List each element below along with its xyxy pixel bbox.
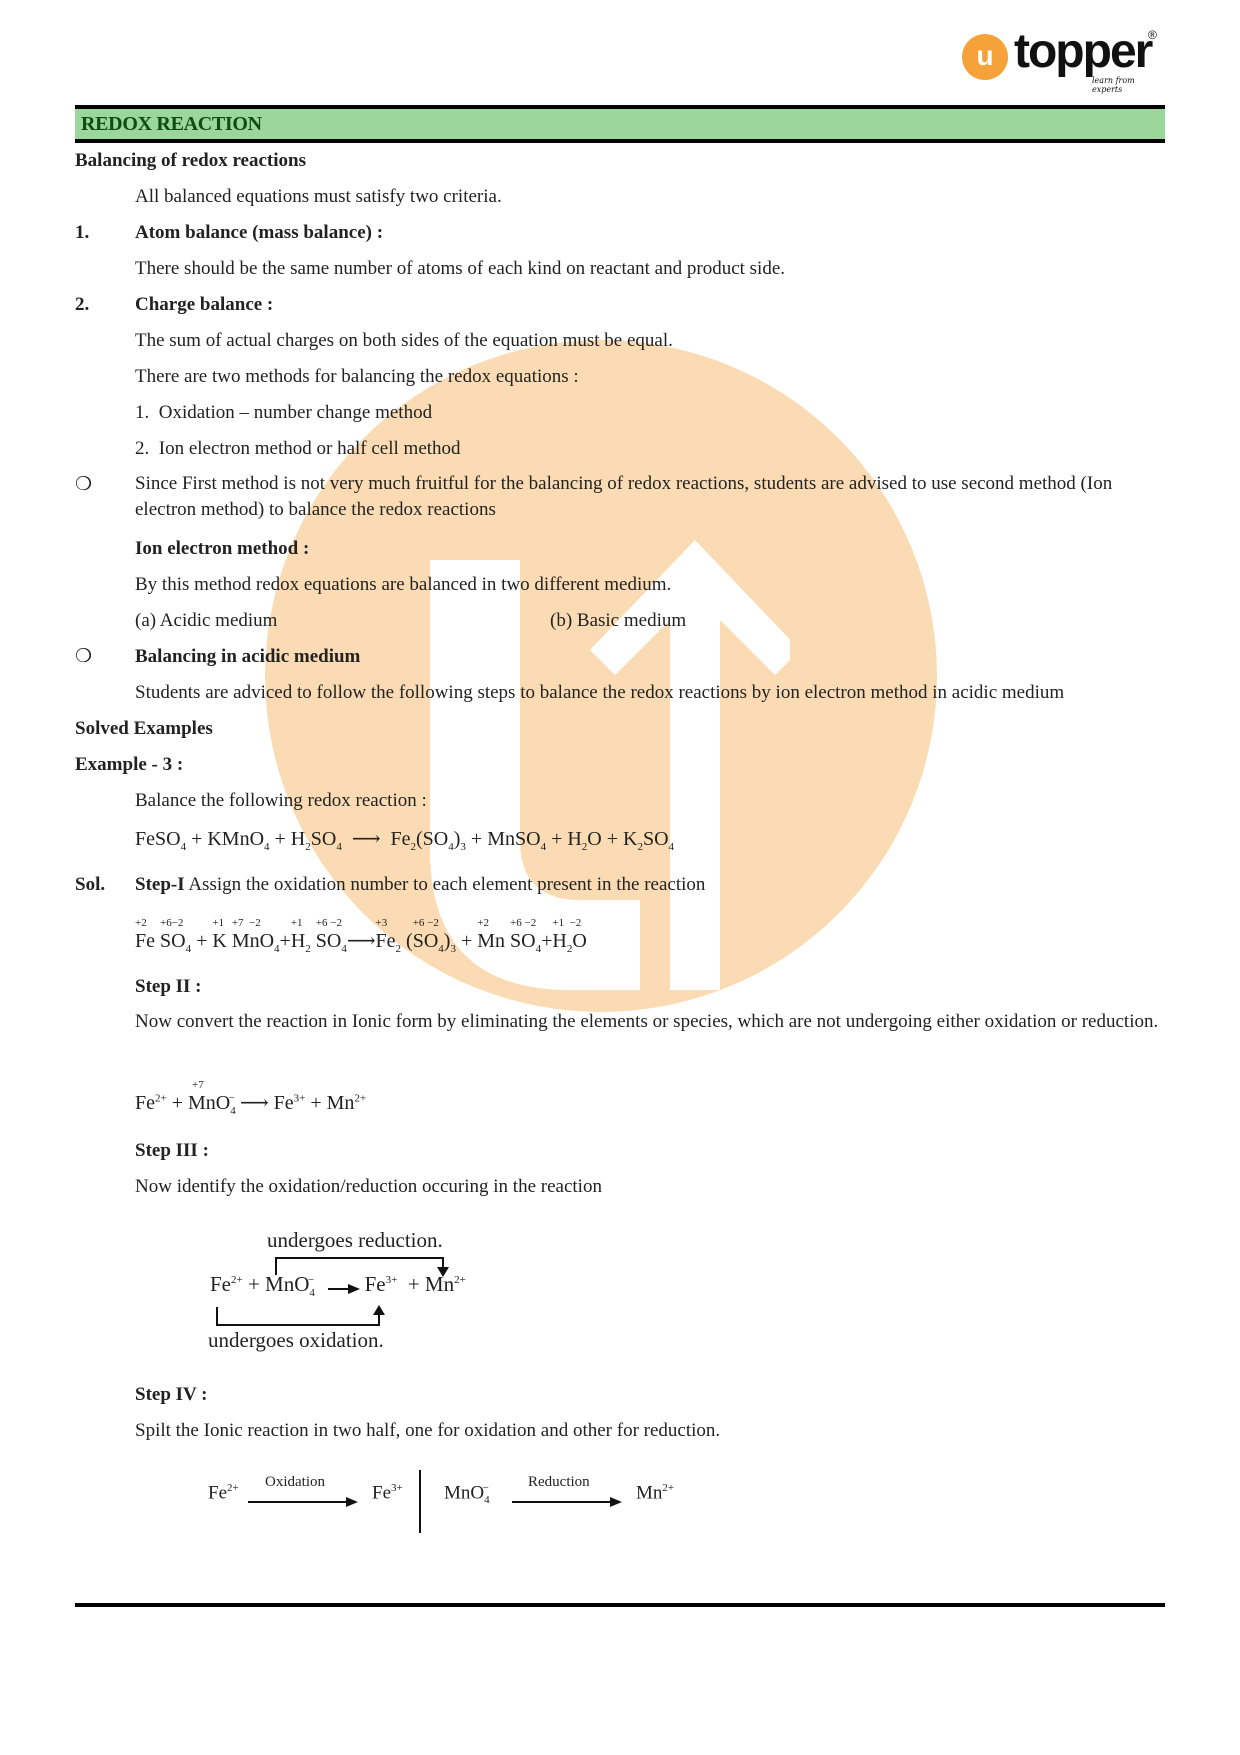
bullet-circle-icon: ❍ (75, 646, 92, 668)
footer-divider (75, 1603, 1165, 1607)
logo-brand: topper (1014, 24, 1151, 79)
topper-logo: u topper ® learn from experts (962, 30, 1162, 92)
reduction-arrow-icon (512, 1496, 624, 1508)
ion-method-title: Ion electron method : (135, 538, 309, 560)
step-2-label: Step II : (135, 976, 202, 998)
criterion-1-num: 1. (75, 222, 89, 244)
medium-a: (a) Acidic medium (135, 610, 277, 632)
half-divider (419, 1470, 421, 1533)
step-2-text: Now convert the reaction in Ionic form b… (135, 1009, 1165, 1035)
step-4-text: Spilt the Ionic reaction in two half, on… (135, 1420, 720, 1442)
diagram-equation: Fe2+ + MnO4− Fe3+ + Mn2+ (210, 1272, 466, 1299)
reduction-label: undergoes reduction. (267, 1228, 443, 1253)
medium-b: (b) Basic medium (550, 610, 686, 632)
solved-examples-heading: Solved Examples (75, 718, 213, 740)
criterion-2-num: 2. (75, 294, 89, 316)
section-title-bar: REDOX REACTION (75, 105, 1165, 143)
method-2: 2. Ion electron method or half cell meth… (135, 438, 461, 460)
oxidation-arrow-icon (248, 1496, 360, 1508)
equation-ionic: Fe2+ + +7MnO4− ⟶ Fe3+ + Mn2+ (135, 1090, 366, 1117)
equation-molecular: FeSO4 + KMnO4 + H2SO4 ⟶ Fe2(SO4)3 + MnSO… (135, 826, 674, 853)
registered-mark: ® (1148, 28, 1157, 42)
methods-intro: There are two methods for balancing the … (135, 366, 579, 388)
step-3-text: Now identify the oxidation/reduction occ… (135, 1176, 602, 1198)
logo-mark: u (962, 34, 1008, 80)
step-3-label: Step III : (135, 1140, 209, 1162)
example-text: Balance the following redox reaction : (135, 790, 427, 812)
bullet-2-title: Balancing in acidic medium (135, 646, 360, 668)
section-title: REDOX REACTION (81, 113, 262, 136)
oxidation-product: Fe3+ (372, 1482, 403, 1504)
bullet-circle-icon: ❍ (75, 474, 92, 496)
oxidation-arrow-label: Oxidation (265, 1474, 325, 1491)
oxidation-reactant: Fe2+ (208, 1482, 239, 1504)
logo-tagline: learn from experts (1092, 76, 1162, 94)
criterion-2-title: Charge balance : (135, 294, 273, 316)
step-1-label: Step-I (135, 874, 185, 895)
method-1: 1. Oxidation – number change method (135, 402, 432, 424)
heading: Balancing of redox reactions (75, 150, 306, 172)
oxidation-label: undergoes oxidation. (208, 1328, 384, 1353)
reduction-arrow-label: Reduction (528, 1474, 590, 1491)
reduction-product: Mn2+ (636, 1482, 674, 1504)
reduction-reactant: MnO4− (444, 1482, 489, 1506)
example-title: Example - 3 : (75, 754, 183, 776)
step-4-label: Step IV : (135, 1384, 208, 1406)
criterion-1-text: There should be the same number of atoms… (135, 258, 785, 280)
criterion-2-text: The sum of actual charges on both sides … (135, 330, 673, 352)
bullet-2-text: Students are adviced to follow the follo… (135, 682, 1064, 704)
criterion-1-title: Atom balance (mass balance) : (135, 222, 383, 244)
sol-label: Sol. (75, 874, 105, 896)
intro-text: All balanced equations must satisfy two … (135, 186, 502, 208)
equation-oxidation-numbers: +2Fe +6−2SO4 + +1K +7 −2MnO4++1H2 +6 −2S… (135, 928, 587, 955)
ion-method-text: By this method redox equations are balan… (135, 574, 671, 596)
bullet-1-text: Since First method is not very much frui… (135, 471, 1165, 523)
step-1: Step-I Assign the oxidation number to ea… (135, 874, 705, 896)
step-1-text: Assign the oxidation number to each elem… (185, 874, 706, 895)
